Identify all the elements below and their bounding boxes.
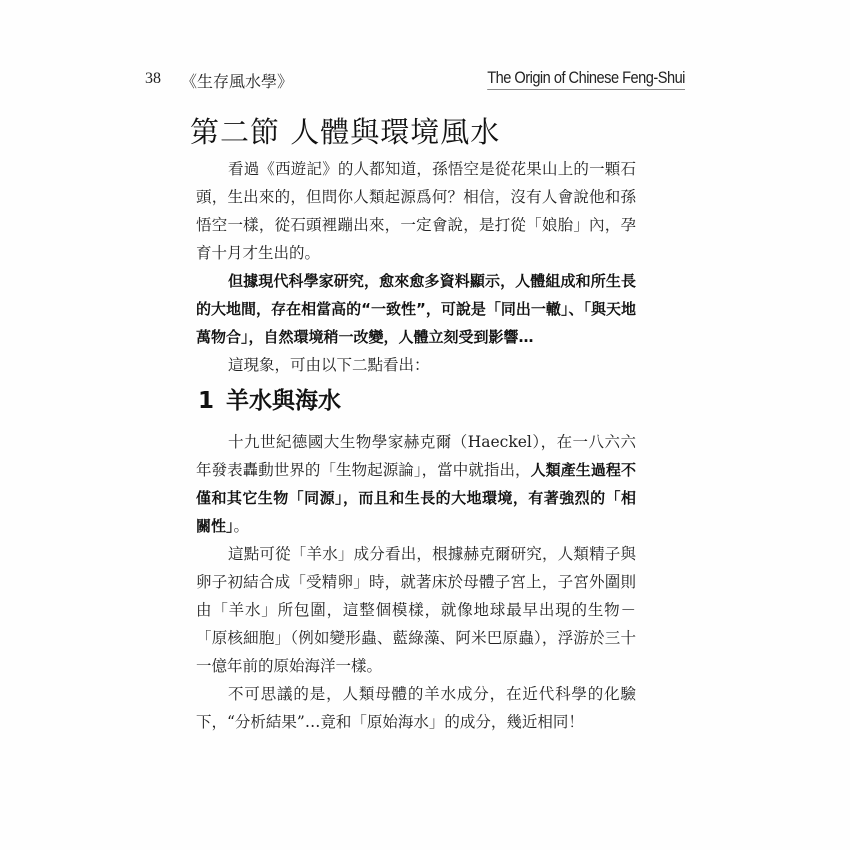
- paragraph-intro-3: 這現象，可由以下二點看出：: [196, 351, 636, 379]
- paragraph-haeckel-part-3: 。: [234, 517, 250, 535]
- paragraph-haeckel: 十九世紀德國大生物學家赫克爾（Haeckel），在一八六六年發表轟動世界的「生物…: [196, 428, 636, 540]
- paragraph-seawater-text: 不可思議的是，人類母體的羊水成分，在近代科學的化驗下，“分析結果”…竟和「原始海…: [196, 685, 636, 731]
- subsection-title: 羊水與海水: [226, 388, 341, 414]
- english-title: The Origin of Chinese Feng-Shui: [487, 68, 685, 90]
- paragraph-seawater: 不可思議的是，人類母體的羊水成分，在近代科學的化驗下，“分析結果”…竟和「原始海…: [196, 680, 636, 736]
- paragraph-intro-2: 但據現代科學家研究，愈來愈多資料顯示，人體組成和所生長的大地間，存在相當高的“一…: [196, 267, 636, 351]
- paragraph-amniotic: 這點可從「羊水」成分看出，根據赫克爾研究，人類精子與卵子初結合成「受精卵」時，就…: [196, 540, 636, 680]
- section-title: 第二節 人體與環境風水: [190, 110, 500, 151]
- book-title: 《生存風水學》: [181, 69, 293, 92]
- paragraph-amniotic-text: 這點可從「羊水」成分看出，根據赫克爾研究，人類精子與卵子初結合成「受精卵」時，就…: [196, 545, 636, 675]
- intro-body: 看過《西遊記》的人都知道，孫悟空是從花果山上的一顆石頭，生出來的，但問你人類起源…: [196, 155, 636, 379]
- page-number: 38: [145, 70, 161, 88]
- running-header: 38 《生存風水學》 The Origin of Chinese Feng-Sh…: [145, 70, 685, 94]
- subsection-heading: 1羊水與海水: [198, 382, 341, 415]
- subsection-body: 十九世紀德國大生物學家赫克爾（Haeckel），在一八六六年發表轟動世界的「生物…: [196, 428, 636, 736]
- document-page: 38 《生存風水學》 The Origin of Chinese Feng-Sh…: [0, 0, 850, 850]
- subsection-number: 1: [198, 388, 214, 414]
- paragraph-intro-1: 看過《西遊記》的人都知道，孫悟空是從花果山上的一顆石頭，生出來的，但問你人類起源…: [196, 155, 636, 267]
